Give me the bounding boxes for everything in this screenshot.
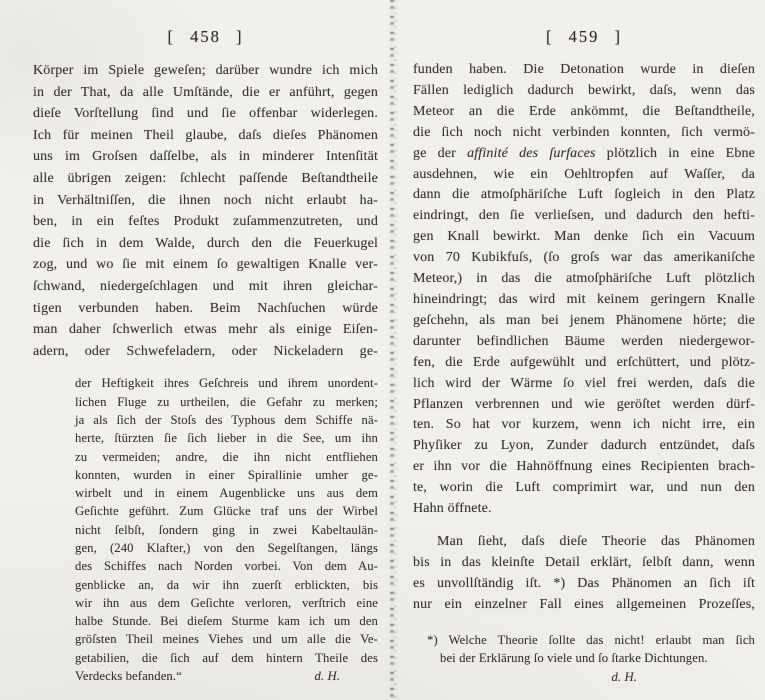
text-line: halbe Stunde. Bei dieſem Sturme kam ich … xyxy=(75,612,378,630)
text-line: Körper im Spiele geweſen; darüber wundre… xyxy=(33,60,378,82)
text-line: Phyſiker zu Lyon, Zunder dadurch entzünd… xyxy=(413,436,755,457)
text-line: alle übrigen zeigen: ſchlecht paſſende B… xyxy=(33,168,378,190)
text-line: ſchwand, niedergeſchlagen und mit ihren … xyxy=(33,276,378,298)
footnote-signature: d. H. xyxy=(314,667,378,685)
right-main-text: funden haben. Die Detonation wurde in di… xyxy=(413,60,755,520)
page-right-459: [ 459 ] funden haben. Die Detonation wur… xyxy=(413,0,755,700)
text-line: ben, in ein feſtes Produkt zuſammenzutre… xyxy=(33,211,378,233)
page-left-458: [ 458 ] Körper im Spiele geweſen; darübe… xyxy=(33,0,378,700)
text-line: gen Knall bewirkt. Man denke ſich ein Va… xyxy=(413,227,755,248)
text-line: gröſsten Theil meines Viehes und um alle… xyxy=(75,630,378,648)
left-main-text: Körper im Spiele geweſen; darüber wundre… xyxy=(33,60,378,362)
text-line: es unvollſtändig iſt. *) Das Phänomen an… xyxy=(413,574,755,595)
text-line: genblicke an, da wir ihn zuerſt erblickt… xyxy=(75,576,378,594)
text-line: wirbelt und in einem Augenblicke uns aus… xyxy=(75,484,378,502)
text-line: man daher ſchwerlich etwas mehr als eini… xyxy=(33,319,378,341)
text-line: geſchehn, als man bei jenem Phänomene hö… xyxy=(413,311,755,332)
text-line: Meteor an die Erde ankömmt, die Beſtandt… xyxy=(413,102,755,123)
text-line: zu vermeiden; andre, die ihn nicht entfl… xyxy=(75,448,378,466)
text-line: bis in das kleinſte Detail erklärt, ſelb… xyxy=(413,553,755,574)
text-line: zog, und wo ſie mit einem ſo gewaltigen … xyxy=(33,254,378,276)
text-line: getabilien, die ſich auf dem hintern The… xyxy=(75,649,378,667)
text-line: adern, oder Schwefeladern, oder Nickelad… xyxy=(33,341,378,363)
text-line: d. H. xyxy=(427,668,755,687)
right-footnote-text: *) Welche Theorie ſollte das nicht! erla… xyxy=(427,631,755,687)
text-line: te, worin die Luft comprimirt war, und n… xyxy=(413,478,755,499)
page-number-right: [ 459 ] xyxy=(413,27,755,47)
text-line-body: Verdecks befanden.“ xyxy=(75,667,182,685)
text-line: Man ſieht, daſs dieſe Theorie das Phänom… xyxy=(413,532,755,553)
text-line: nicht ſelbſt, ſondern ging in zwei Kabel… xyxy=(75,521,378,539)
text-line: Fällen lediglich dadurch bewirkt, daſs, … xyxy=(413,81,755,102)
text-line: ge der affinité des ſurfaces plötzlich i… xyxy=(413,144,755,165)
text-line: in Verhältniſſen, die ihnen noch nicht e… xyxy=(33,190,378,212)
scanned-book-spread: { "document": { "colors": { "paper": "#f… xyxy=(0,0,765,700)
binding-gutter-shadow xyxy=(390,0,394,700)
text-line: konnten, wurden in einer Spirallinie umh… xyxy=(75,466,378,484)
text-line: Geſichte geführt. Zum Glücke traf uns de… xyxy=(75,502,378,520)
text-line: *) Welche Theorie ſollte das nicht! erla… xyxy=(427,631,755,650)
text-line: Hahn öffnete. xyxy=(413,499,755,520)
text-line: lich wird der Wärme ſo viel frei werden,… xyxy=(413,374,755,395)
text-line: ten. So hat vor kurzem, wenn ich nicht i… xyxy=(413,415,755,436)
text-line: die ſich in dem Walde, durch den die Feu… xyxy=(33,233,378,255)
text-line: Meteor,) in das die atmoſphäriſche Luft … xyxy=(413,269,755,290)
text-line: lichen Fluge zu urtheilen, die Gefahr zu… xyxy=(75,393,378,411)
text-line: hineindringt; das wird mit keinem gering… xyxy=(413,290,755,311)
binding-gutter-shadow-secondary xyxy=(394,0,397,700)
text-line: die ſich noch nicht verbinden konnten, ſ… xyxy=(413,123,755,144)
text-line: wir ihn aus dem Geſichte verloren, verſt… xyxy=(75,594,378,612)
text-line: von 70 Kubikfuſs, (ſo groſs war das amer… xyxy=(413,248,755,269)
text-line: uns im Groſsen daſſelbe, als in minderer… xyxy=(33,146,378,168)
text-line: tigen verbunden haben. Beim Nachſuchen w… xyxy=(33,298,378,320)
text-line: dieſe Vorſtellung ſind und ſie offenbar … xyxy=(33,103,378,125)
text-line: herte, ſtürzten ſie ſich lieber in die S… xyxy=(75,429,378,447)
text-line: ausdehnen, wie ein Oehltropfen auf Waſſe… xyxy=(413,165,755,186)
text-line: darunter befindlichen Bäume werden niede… xyxy=(413,332,755,353)
text-line: des Schiffes nach Norden vorbei. Von dem… xyxy=(75,557,378,575)
text-line: Pflanzen verbrennen und wie geröſtet wer… xyxy=(413,395,755,416)
text-line: bei der Erklärung ſo viele und ſo ſtarke… xyxy=(427,649,755,668)
text-line: gen, (240 Klafter,) von den Segelſtangen… xyxy=(75,539,378,557)
text-line: dann die atmoſphäriſche Luft ſogleich in… xyxy=(413,185,755,206)
text-line: der Heftigkeit ihres Geſchreis und ihrem… xyxy=(75,374,378,392)
text-line: in der That, da alle Umſtände, die er an… xyxy=(33,82,378,104)
page-number-left: [ 458 ] xyxy=(33,27,378,47)
text-line: ja als ſich der Stoſs des Typhous dem Sc… xyxy=(75,411,378,429)
text-line: Ich für meinen Theil glaube, daſs dieſes… xyxy=(33,125,378,147)
text-line: er ihn vor die Hahnöffnung eines Recipie… xyxy=(413,457,755,478)
text-line: funden haben. Die Detonation wurde in di… xyxy=(413,60,755,81)
text-line: fen, die Erde aufgewühlt und erſchüttert… xyxy=(413,353,755,374)
text-line: nur ein einzelner Fall eines allgemeinen… xyxy=(413,595,755,616)
right-second-paragraph: Man ſieht, daſs dieſe Theorie das Phänom… xyxy=(413,532,755,616)
text-line: eindringt, den ſie verlieſsen, und dadur… xyxy=(413,206,755,227)
left-footnote-text: der Heftigkeit ihres Geſchreis und ihrem… xyxy=(75,374,378,685)
text-line: Verdecks befanden.“d. H. xyxy=(75,667,378,685)
